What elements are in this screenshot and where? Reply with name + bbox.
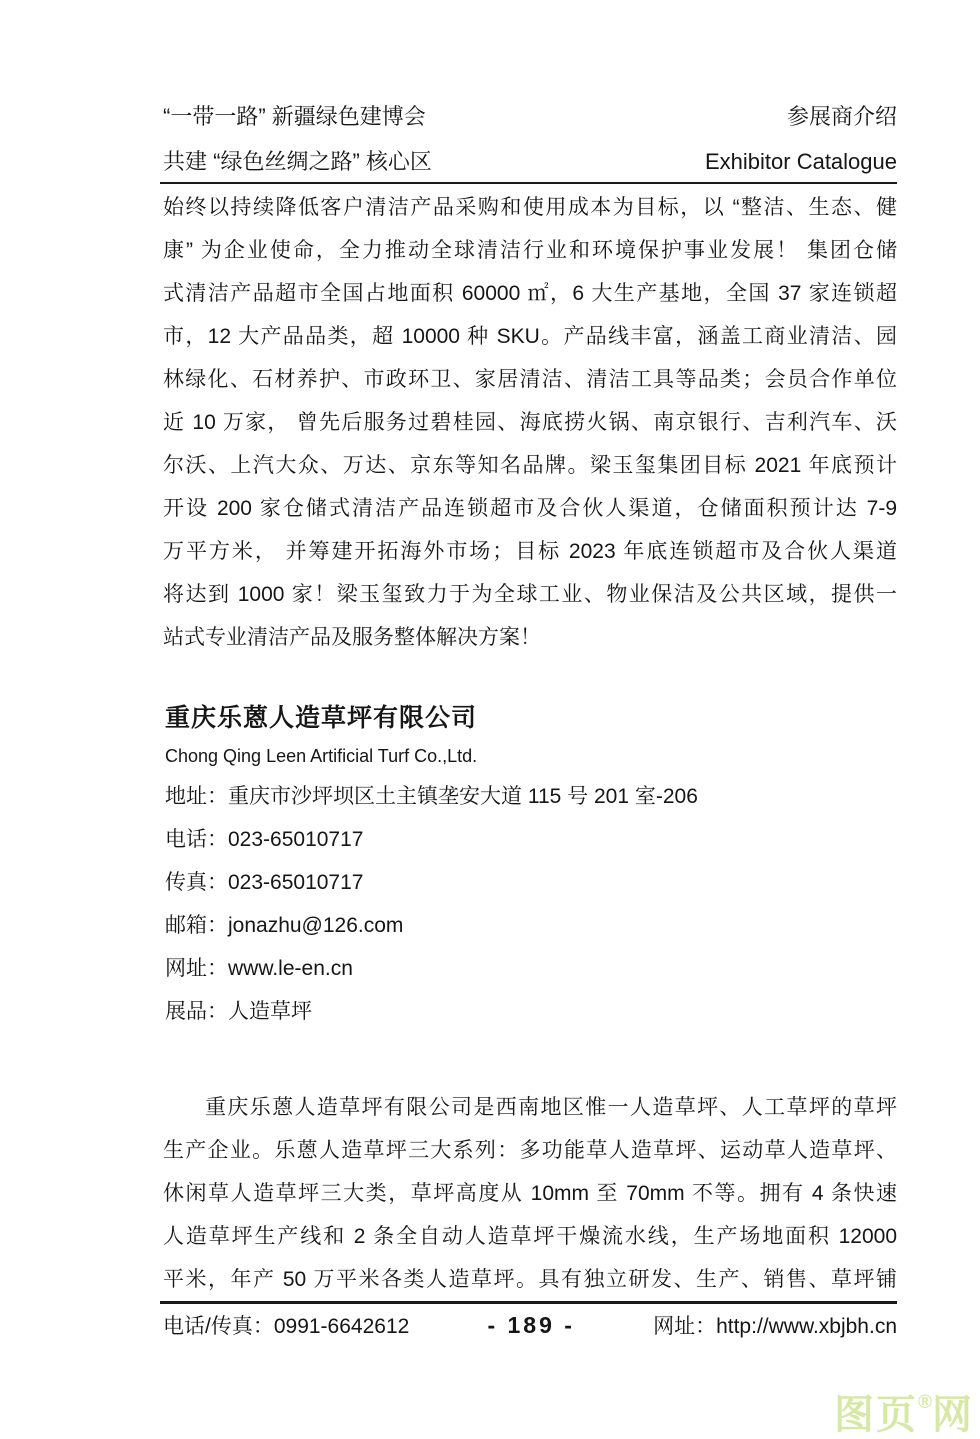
description-paragraph-line: 人造草坪生产线和 2 条全自动人造草坪干燥流水线，生产场地面积 12000 <box>163 1215 897 1258</box>
header-expo-title: “一带一路” 新疆绿色建博会 <box>163 94 426 139</box>
contact-line: 电话：023-65010717 <box>165 818 899 861</box>
intro-paragraph-line: 万平方米， 并筹建开拓海外市场；目标 2023 年底连锁超市及合伙人渠道 <box>163 530 897 573</box>
company-name-cn: 重庆乐蒽人造草坪有限公司 <box>165 698 477 734</box>
intro-paragraph-line: 近 10 万家， 曾先后服务过碧桂园、海底捞火锅、南京银行、吉利汽车、沃 <box>163 401 897 444</box>
header-expo-subtitle: 共建 “绿色丝绸之路” 核心区 <box>163 139 432 184</box>
header-row-1: “一带一路” 新疆绿色建博会 参展商介绍 <box>163 94 897 139</box>
description-paragraph: 重庆乐蒽人造草坪有限公司是西南地区惟一人造草坪、人工草坪的草坪生产企业。乐蒽人造… <box>163 1086 897 1301</box>
contact-line: 传真：023-65010717 <box>165 861 899 904</box>
registered-trademark-icon: ® <box>918 1392 932 1413</box>
company-contact-list: 地址：重庆市沙坪坝区土主镇垄安大道 115 号 201 室-206电话：023-… <box>165 775 899 1033</box>
header-section-title-en: Exhibitor Catalogue <box>705 139 897 184</box>
description-paragraph-line: 重庆乐蒽人造草坪有限公司是西南地区惟一人造草坪、人工草坪的草坪 <box>163 1086 897 1129</box>
watermark-text-suffix: 网 <box>932 1393 974 1437</box>
contact-line: 展品：人造草坪 <box>165 990 899 1033</box>
contact-line: 地址：重庆市沙坪坝区土主镇垄安大道 115 号 201 室-206 <box>165 775 899 818</box>
intro-paragraph-line: 将达到 1000 家！梁玉玺致力于为全球工业、物业保洁及公共区域，提供一 <box>163 573 897 616</box>
page-number: - 189 - <box>487 1306 574 1344</box>
intro-paragraph-line: 市，12 大产品品类，超 10000 种 SKU。产品线丰富，涵盖工商业清洁、园 <box>163 315 897 358</box>
contact-line: 邮箱：jonazhu@126.com <box>165 904 899 947</box>
watermark: 图页®网 <box>834 1393 974 1435</box>
footer-phone-fax: 电话/传真：0991-6642612 <box>163 1308 409 1346</box>
company-name-en: Chong Qing Leen Artificial Turf Co.,Ltd. <box>165 746 477 767</box>
page-header: “一带一路” 新疆绿色建博会 参展商介绍 共建 “绿色丝绸之路” 核心区 Exh… <box>163 94 897 184</box>
intro-paragraph-line: 始终以持续降低客户清洁产品采购和使用成本为目标，以 “整洁、生态、健 <box>163 186 897 229</box>
header-row-2: 共建 “绿色丝绸之路” 核心区 Exhibitor Catalogue <box>163 139 897 184</box>
description-paragraph-line: 平米，年产 50 万平米各类人造草坪。具有独立研发、生产、销售、草坪铺 <box>163 1258 897 1301</box>
page-footer: 电话/传真：0991-6642612 - 189 - 网址：http://www… <box>163 1306 897 1346</box>
intro-paragraph-line: 林绿化、石材养护、市政环卫、家居清洁、清洁工具等品类；会员合作单位 <box>163 358 897 401</box>
intro-paragraph-line: 站式专业清洁产品及服务整体解决方案！ <box>163 616 897 659</box>
watermark-text-prefix: 图页 <box>834 1393 918 1437</box>
footer-divider <box>160 1301 897 1304</box>
description-paragraph-line: 休闲草人造草坪三大类，草坪高度从 10mm 至 70mm 不等。拥有 4 条快速 <box>163 1172 897 1215</box>
header-section-title-cn: 参展商介绍 <box>787 94 897 139</box>
description-paragraph-line: 生产企业。乐蒽人造草坪三大系列：多功能草人造草坪、运动草人造草坪、 <box>163 1129 897 1172</box>
intro-paragraph-line: 式清洁产品超市全国占地面积 60000 ㎡，6 大生产基地，全国 37 家连锁超 <box>163 272 897 315</box>
intro-paragraph-line: 康” 为企业使命，全力推动全球清洁行业和环境保护事业发展！ 集团仓储 <box>163 229 897 272</box>
header-divider <box>160 182 897 184</box>
footer-website: 网址：http://www.xbjbh.cn <box>653 1308 897 1346</box>
intro-paragraph-line: 尔沃、上汽大众、万达、京东等知名品牌。梁玉玺集团目标 2021 年底预计 <box>163 444 897 487</box>
catalogue-page: “一带一路” 新疆绿色建博会 参展商介绍 共建 “绿色丝绸之路” 核心区 Exh… <box>0 0 980 1439</box>
intro-paragraph-line: 开设 200 家仓储式清洁产品连锁超市及合伙人渠道，仓储面积预计达 7-9 <box>163 487 897 530</box>
contact-line: 网址：www.le-en.cn <box>165 947 899 990</box>
intro-paragraph: 始终以持续降低客户清洁产品采购和使用成本为目标，以 “整洁、生态、健康” 为企业… <box>163 186 897 659</box>
